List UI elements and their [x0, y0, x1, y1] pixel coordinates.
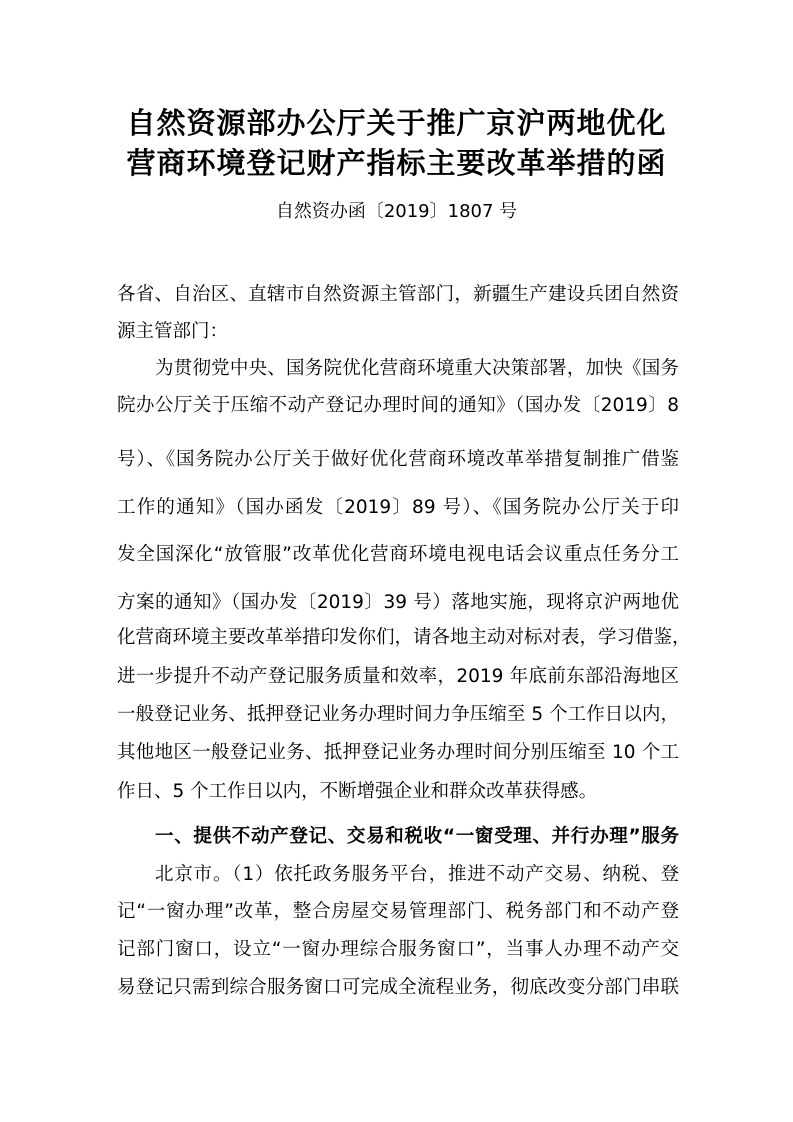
paragraph-line: 其他地区一般登记业务、抵押登记业务办理时间分别压缩至 10 个工 — [117, 741, 679, 765]
paragraph-line: 各省、自治区、直辖市自然资源主管部门，新疆生产建设兵团自然资 — [117, 283, 679, 307]
paragraph-line: 一般登记业务、抵押登记业务办理时间力争压缩至 5 个工作日以内， — [117, 703, 679, 727]
paragraph-line: 发全国深化“放管服”改革优化营商环境电视电话会议重点任务分工 — [117, 543, 679, 567]
paragraph-line: 为贯彻党中央、国务院优化营商环境重大决策部署，加快《国务 — [155, 357, 679, 381]
section-heading: 一、提供不动产登记、交易和税收“一窗受理、并行办理”服务 — [155, 825, 679, 849]
document-number: 自然资办函〔2019〕1807 号 — [0, 200, 793, 224]
document-title-line-1: 自然资源部办公厅关于推广京沪两地优化 — [0, 105, 793, 141]
document-title-line-2: 营商环境登记财产指标主要改革举措的函 — [0, 145, 793, 181]
paragraph-line: 进一步提升不动产登记服务质量和效率，2019 年底前东部沿海地区 — [117, 665, 679, 689]
paragraph-line: 院办公厅关于压缩不动产登记办理时间的通知》（国办发〔2019〕8 — [117, 394, 679, 418]
paragraph-line: 源主管部门： — [117, 320, 679, 344]
paragraph-line: 作日、5 个工作日以内，不断增强企业和群众改革获得感。 — [117, 780, 679, 804]
paragraph-line: 记部门窗口，设立“一窗办理综合服务窗口”，当事人办理不动产交 — [117, 938, 679, 962]
paragraph-line: 工作的通知》（国办函发〔2019〕89 号）、《国务院办公厅关于印 — [117, 496, 679, 520]
paragraph-line: 化营商环境主要改革举措印发你们，请各地主动对标对表，学习借鉴， — [117, 626, 679, 650]
paragraph-line: 记“一窗办理”改革，整合房屋交易管理部门、税务部门和不动产登 — [117, 900, 679, 924]
paragraph-line: 方案的通知》（国办发〔2019〕39 号）落地实施，现将京沪两地优 — [117, 591, 679, 615]
paragraph-line: 北京市。（1）依托政务服务平台，推进不动产交易、纳税、登 — [155, 863, 679, 887]
paragraph-line: 易登记只需到综合服务窗口可完成全流程业务，彻底改变分部门串联 — [117, 976, 679, 1000]
paragraph-line: 号）、《国务院办公厅关于做好优化营商环境改革举措复制推广借鉴 — [117, 448, 679, 472]
